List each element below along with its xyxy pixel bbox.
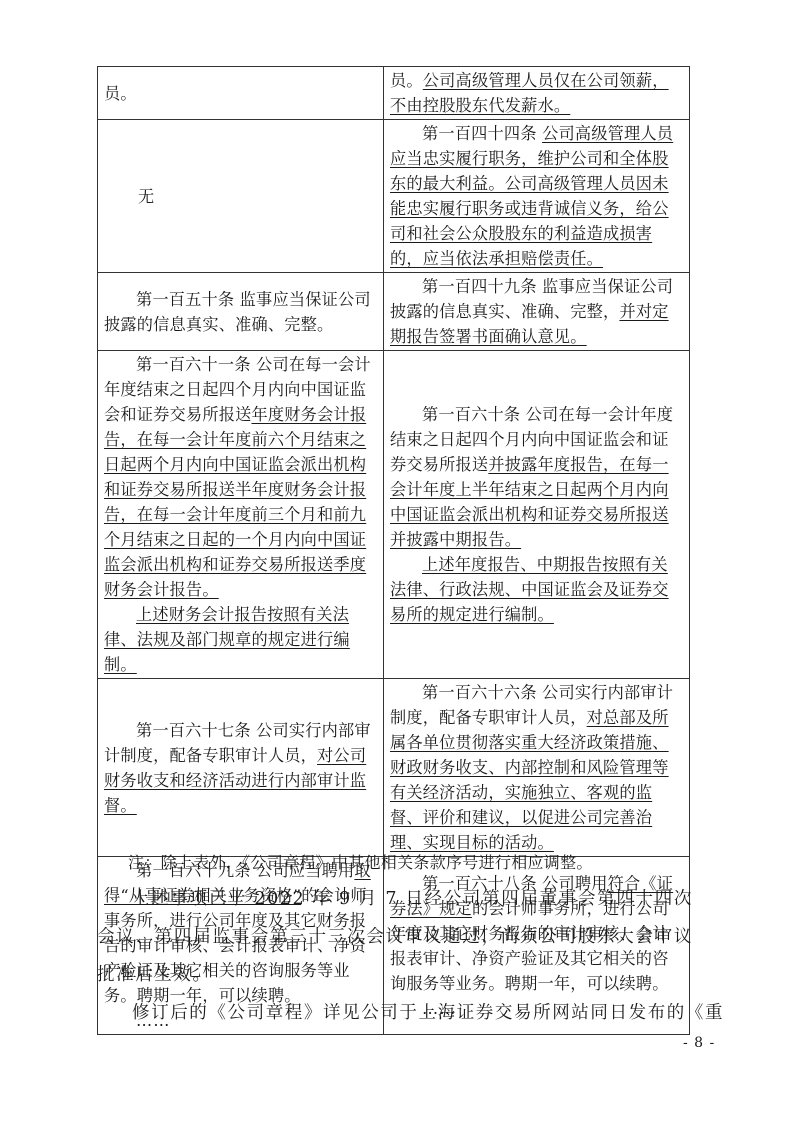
table-row: 无 第一百四十四条 公司高级管理人员应当忠实履行职务，维护公司和全体股东的最大利… [98,120,690,273]
text-segment: 第一百五十条 监事应当保证公司披露的信息真实、准确、完整。 [104,290,371,334]
original-clause-cell: 第一百六十一条 公司在每一会计年度结束之日起四个月内向中国证监会和证券交易所报送… [98,351,384,679]
original-clause-cell: 员。 [98,67,384,120]
table-row: 第一百六十一条 公司在每一会计年度结束之日起四个月内向中国证监会和证券交易所报送… [98,351,690,679]
revised-clause-cell: 员。公司高级管理人员仅在公司领薪，不由控股股东代发薪水。 [384,67,690,120]
body-paragraph: 上述事项已于 2022 年 9 月 7 日经公司第四届董事会第四十四次会议、第四… [97,880,693,994]
table-note: 注：除上表外，《公司章程》中其他相关条款序号进行相应调整。 [128,850,593,873]
revised-clause-cell: 第一百六十条 公司在每一会计年度结束之日起四个月内向中国证监会和证券交易所报送并… [384,351,690,679]
original-clause-cell: 第一百六十七条 公司实行内部审计制度，配备专职审计人员，对公司财务收支和经济活动… [98,679,384,857]
revised-clause-cell: 第一百四十四条 公司高级管理人员应当忠实履行职务，维护公司和全体股东的最大利益。… [384,120,690,273]
table-row: 第一百五十条 监事应当保证公司披露的信息真实、准确、完整。 第一百四十九条 监事… [98,273,690,351]
clause-number: 第一百四十四条 [422,124,542,143]
revised-clause-cell: 第一百四十九条 监事应当保证公司披露的信息真实、准确、完整，并对定期报告签署书面… [384,273,690,351]
original-clause-cell: 无 [98,120,384,273]
original-clause-cell: 第一百五十条 监事应当保证公司披露的信息真实、准确、完整。 [98,273,384,351]
changed-text: 年度财务会计报告，在每一会计年度前六个月结束之日起两个月内向中国证监会派出机构和… [104,405,366,599]
none-label: 无 [138,187,154,206]
document-page: 员。 员。公司高级管理人员仅在公司领薪，不由控股股东代发薪水。 无 第一百四十四… [0,0,800,1131]
changed-text: 上述财务会计报告按照有关法律、法规及部门规章的规定进行编制。 [104,605,350,674]
table-row: 第一百六十七条 公司实行内部审计制度，配备专职审计人员，对公司财务收支和经济活动… [98,679,690,857]
body-paragraph: 修订后的《公司章程》详见公司于上海证券交易所网站同日发布的《重 [97,994,693,1032]
table-row: 员。 员。公司高级管理人员仅在公司领薪，不由控股股东代发薪水。 [98,67,690,120]
text-segment: 员。 [390,71,423,90]
inserted-text: 公司高级管理人员仅在公司领薪，不由控股股东代发薪水。 [390,71,669,115]
revised-clause-cell: 第一百六十六条 公司实行内部审计制度，配备专职审计人员，对总部及所属各单位贯彻落… [384,679,690,857]
changed-text: 上述年度报告、中期报告按照有关法律、行政法规、中国证监会及证券交易所的规定进行编… [390,555,669,624]
inserted-text: 公司高级管理人员应当忠实履行职务，维护公司和全体股东的最大利益。公司高级管理人员… [390,124,673,268]
changed-text: 对总部及所属各单位贯彻落实重大经济政策措施、财政财务收支、内部控制和风险管理等有… [390,708,669,852]
page-number: - 8 - [683,1035,715,1051]
text-segment: 员。 [104,84,137,103]
